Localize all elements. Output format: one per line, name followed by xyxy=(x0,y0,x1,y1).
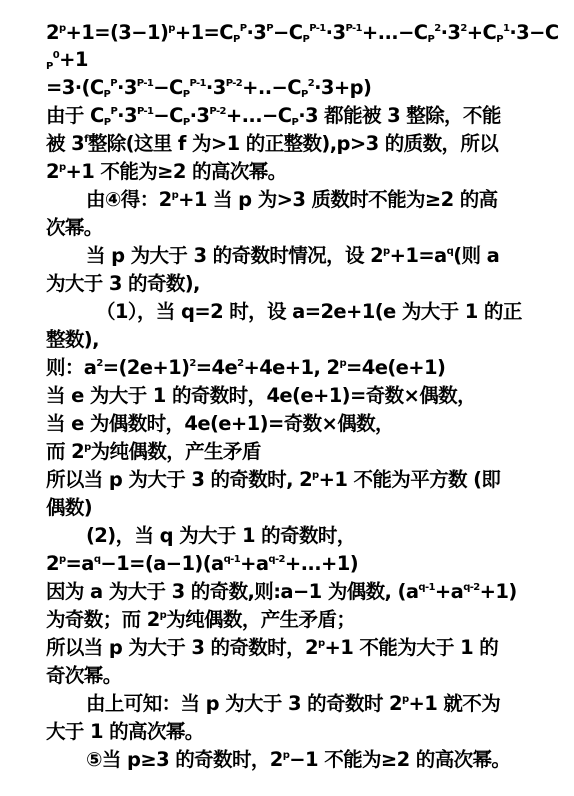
subscript: P xyxy=(183,89,190,100)
document-page: 2p+1=(3−1)p+1=CPP·3P−CPP-1·3P-1+...−CP2·… xyxy=(0,0,574,796)
text-line: =3·(CPP·3P-1−CPP-1·3P-2+..−CP2·3+p) xyxy=(46,74,371,102)
text: −1 不能为≥2 的高次幂。 xyxy=(289,748,510,771)
text: 为奇数；而 2 xyxy=(46,608,160,631)
text: 整数), xyxy=(46,328,99,351)
text: 由于 C xyxy=(46,104,104,127)
text: ⑤当 p≥3 的奇数时，2 xyxy=(86,748,283,771)
text-line: 当 e 为大于 1 的奇数时，4e(e+1)=奇数×偶数， xyxy=(46,382,476,410)
text: 2 xyxy=(46,160,59,183)
text-line: 2p+1=(3−1)p+1=CPP·3P−CPP-1·3P-1+...−CP2·… xyxy=(46,19,559,47)
text: 整除(这里 f 为>1 的正整数),p>3 的质数，所以 xyxy=(88,132,498,155)
text: 被 3 xyxy=(46,132,84,155)
text: 2 xyxy=(46,552,59,575)
text-line: 因为 a 为大于 3 的奇数,则:a−1 为偶数, (aq-1+aq-2+1) xyxy=(46,578,517,606)
subscript: P xyxy=(233,34,240,45)
text: (则 a xyxy=(453,244,499,267)
superscript: P-2 xyxy=(209,106,225,117)
text-line: 次幂。 xyxy=(46,214,103,242)
superscript: P-1 xyxy=(189,78,205,89)
text: +1 不能为平方数 (即 xyxy=(319,468,501,491)
text: 奇次幂。 xyxy=(46,664,122,687)
text: 当 e 为大于 1 的奇数时，4e(e+1)=奇数×偶数， xyxy=(46,384,476,407)
superscript: P-2 xyxy=(226,78,242,89)
text-line: P0+1 xyxy=(46,46,88,74)
text-line: ⑤当 p≥3 的奇数时，2p−1 不能为≥2 的高次幂。 xyxy=(86,746,510,774)
subscript: P xyxy=(428,34,435,45)
text: ·3 都能被 3 整除，不能 xyxy=(298,104,501,127)
text: =4e(e+1) xyxy=(346,356,445,379)
text: ·3+p) xyxy=(314,76,371,99)
text: =a xyxy=(66,552,94,575)
text: +4e+1, 2 xyxy=(243,356,339,379)
text: +...−C xyxy=(362,21,428,44)
text: +1 不能为≥2 的高次幂。 xyxy=(66,160,287,183)
text-line: 为大于 3 的奇数), xyxy=(46,270,200,298)
superscript: q-2 xyxy=(268,554,284,565)
superscript: q-1 xyxy=(418,582,434,593)
text: 因为 a 为大于 3 的奇数,则:a−1 为偶数, (a xyxy=(46,580,418,603)
text: 所以当 p 为大于 3 的奇数时，2 xyxy=(46,636,318,659)
text: 为大于 3 的奇数), xyxy=(46,272,200,295)
text-line: 则：a2=(2e+1)2=4e2+4e+1, 2p=4e(e+1) xyxy=(46,354,445,382)
text: ·3−C xyxy=(509,21,558,44)
text: +a xyxy=(240,552,268,575)
text-line: （1），当 q=2 时，设 a=2e+1(e 为大于 1 的正 xyxy=(96,298,522,326)
text: (2)，当 q 为大于 1 的奇数时， xyxy=(86,524,356,547)
text: 而 2 xyxy=(46,440,84,463)
text: ·3 xyxy=(206,76,226,99)
text-line: 当 e 为偶数时，4e(e+1)=奇数×偶数， xyxy=(46,410,394,438)
text: +1=C xyxy=(175,21,233,44)
text: +C xyxy=(467,21,496,44)
text-line: 大于 1 的高次幂。 xyxy=(46,718,204,746)
text-line: 由④得：2p+1 当 p 为>3 质数时不能为≥2 的高 xyxy=(86,186,498,214)
text: ·3 xyxy=(326,21,346,44)
text: ·3 xyxy=(117,76,137,99)
text: +1=a xyxy=(390,244,447,267)
text: −1=(a−1)(a xyxy=(100,552,223,575)
text-line: 偶数) xyxy=(46,494,92,522)
text: 所以当 p 为大于 3 的奇数时, 2 xyxy=(46,468,312,491)
text-line: 被 3f整除(这里 f 为>1 的正整数),p>3 的质数，所以 xyxy=(46,130,498,158)
text: +1 xyxy=(59,48,88,71)
text: ·3 xyxy=(190,104,210,127)
subscript: P xyxy=(302,34,309,45)
subscript: P xyxy=(104,89,111,100)
superscript: P-1 xyxy=(345,23,361,34)
text: −C xyxy=(273,21,302,44)
text-line: 2p=aq−1=(a−1)(aq-1+aq-2+...+1) xyxy=(46,550,358,578)
text: +1=(3−1) xyxy=(66,21,169,44)
text: 由上可知：当 p 为大于 3 的奇数时 2 xyxy=(86,692,402,715)
text-line: 所以当 p 为大于 3 的奇数时, 2p+1 不能为平方数 (即 xyxy=(46,466,500,494)
text-line: 2p+1 不能为≥2 的高次幂。 xyxy=(46,158,287,186)
text: 则：a xyxy=(46,356,96,379)
text: −C xyxy=(153,104,182,127)
subscript: P xyxy=(496,34,503,45)
text-line: (2)，当 q 为大于 1 的奇数时， xyxy=(86,522,356,550)
text: 次幂。 xyxy=(46,216,103,239)
text: 为纯偶数，产生矛盾 xyxy=(91,440,261,463)
text: ·3 xyxy=(441,21,461,44)
text: +a xyxy=(435,580,463,603)
superscript: P xyxy=(266,23,273,34)
subscript: P xyxy=(104,117,111,128)
text: 2 xyxy=(46,21,59,44)
text: 由④得：2 xyxy=(86,188,172,211)
text: −C xyxy=(153,76,182,99)
subscript: P xyxy=(301,89,308,100)
superscript: P xyxy=(110,78,117,89)
text: +1 就不为 xyxy=(409,692,501,715)
text: +1) xyxy=(480,580,517,603)
text: 为纯偶数，产生矛盾； xyxy=(166,608,355,631)
text-line: 奇次幂。 xyxy=(46,662,122,690)
superscript: P-1 xyxy=(137,106,153,117)
text: =3·(C xyxy=(46,76,104,99)
superscript: P-1 xyxy=(137,78,153,89)
text: ·3 xyxy=(117,104,137,127)
text: +...+1) xyxy=(285,552,358,575)
text: 偶数) xyxy=(46,496,92,519)
text-line: 由上可知：当 p 为大于 3 的奇数时 2p+1 就不为 xyxy=(86,690,500,718)
text-line: 为奇数；而 2p为纯偶数，产生矛盾； xyxy=(46,606,355,634)
superscript: q-2 xyxy=(463,582,479,593)
text: （1），当 q=2 时，设 a=2e+1(e 为大于 1 的正 xyxy=(96,300,522,323)
subscript: P xyxy=(46,61,53,72)
text: =(2e+1) xyxy=(103,356,190,379)
text-line: 由于 CPP·3P-1−CP·3P-2+...−CP·3 都能被 3 整除，不能 xyxy=(46,102,501,130)
text: +1 不能为大于 1 的 xyxy=(325,636,499,659)
text-line: 而 2p为纯偶数，产生矛盾 xyxy=(46,438,261,466)
superscript: q-1 xyxy=(224,554,240,565)
text: 当 p 为大于 3 的奇数时情况，设 2 xyxy=(86,244,383,267)
text-line: 所以当 p 为大于 3 的奇数时，2p+1 不能为大于 1 的 xyxy=(46,634,498,662)
text: 当 e 为偶数时，4e(e+1)=奇数×偶数， xyxy=(46,412,394,435)
text: +...−C xyxy=(226,104,292,127)
text: +..−C xyxy=(242,76,301,99)
text-line: 当 p 为大于 3 的奇数时情况，设 2p+1=aq(则 a xyxy=(86,242,499,270)
text: +1 当 p 为>3 质数时不能为≥2 的高 xyxy=(178,188,497,211)
text: ·3 xyxy=(246,21,266,44)
text-line: 整数), xyxy=(46,326,99,354)
text: 大于 1 的高次幂。 xyxy=(46,720,204,743)
text: =4e xyxy=(196,356,237,379)
subscript: P xyxy=(183,117,190,128)
superscript: P-1 xyxy=(309,23,325,34)
